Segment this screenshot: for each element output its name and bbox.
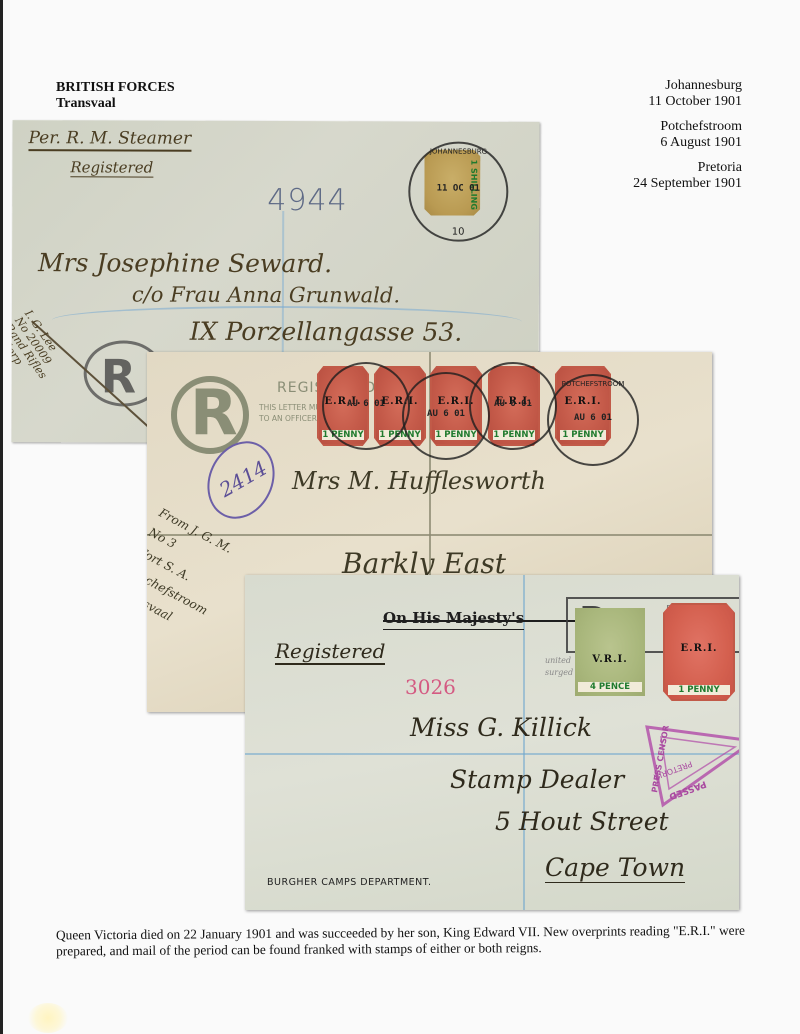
postmark-town: JOHANNESBURG [410, 147, 506, 155]
postmark-date: AU 6 01 [549, 413, 637, 423]
stamp-value: 4 PENCE [578, 682, 642, 692]
registration-number: 3026 [405, 675, 456, 699]
registration-number: 4944 [267, 183, 347, 218]
postmark-date: AU 6 01 [471, 399, 555, 409]
stamp-overprint: V.R.I. [575, 654, 645, 665]
envelope-fold-line [147, 534, 712, 536]
pencil-note: united surged [545, 655, 573, 679]
registered-endorsement: Registered [70, 158, 153, 177]
address-line: Mrs Josephine Seward. [38, 248, 332, 278]
place-name: Johannesburg [633, 78, 742, 94]
stamp-4-pence: V.R.I. 4 PENCE [575, 608, 645, 696]
page-title: BRITISH FORCES [56, 80, 175, 96]
strike-through-line [383, 620, 583, 622]
stamp-overprint: E.R.I. [665, 643, 733, 654]
address-line: IX Porzellangasse 53. [190, 317, 463, 347]
place-entry: Pretoria 24 September 1901 [633, 160, 742, 192]
page-edge [0, 0, 3, 1034]
address-line: Stamp Dealer [450, 765, 624, 794]
registration-number: 2414 [215, 456, 271, 502]
postmark-date: 11 OC 01 [410, 184, 506, 194]
paper-stain [28, 1003, 68, 1033]
stamp-value: 1 PENNY [668, 685, 730, 695]
postmark-number: 10 [410, 226, 506, 237]
place-date: 11 October 1901 [633, 94, 742, 110]
registered-endorsement: Registered [275, 639, 385, 665]
place-entry: Johannesburg 11 October 1901 [633, 78, 742, 110]
postmark-town: POTCHEFSTROOM [549, 380, 637, 388]
department-imprint: BURGHER CAMPS DEPARTMENT. [267, 877, 431, 888]
postmark-potchefstroom: POTCHEFSTROOMAU 6 01 [547, 374, 639, 466]
postmark-potchefstroom: AU 6 01 [322, 362, 410, 450]
censor-triangle-mark: PRETORIA PASSED PRESS CENSOR [645, 723, 739, 809]
page-subtitle: Transvaal [56, 96, 175, 112]
postmark-potchefstroom: AU 6 01 [469, 362, 557, 450]
page-heading: BRITISH FORCES Transvaal [56, 80, 175, 112]
reg-letter: R [101, 349, 137, 403]
postmark-date: AU 6 01 [324, 399, 408, 409]
place-date-list: Johannesburg 11 October 1901 Potchefstro… [633, 78, 742, 201]
place-date: 6 August 1901 [633, 135, 742, 151]
address-line: Cape Town [545, 853, 685, 883]
cover-pretoria: On His Majesty's Registered 3026 united … [245, 575, 739, 910]
sender-endorsement: From J. G. M. No 3 Fort S. A. Potchefstr… [147, 502, 243, 641]
address-line: c/o Frau Anna Grunwald. [132, 282, 400, 307]
route-endorsement: Per. R. M. Steamer [28, 128, 191, 152]
place-date: 24 September 1901 [633, 176, 742, 192]
place-name: Pretoria [633, 160, 742, 176]
reg-letter: R [190, 376, 238, 449]
address-line: Miss G. Killick [410, 713, 592, 742]
place-entry: Potchefstroom 6 August 1901 [633, 119, 742, 151]
page-caption: Queen Victoria died on 22 January 1901 a… [56, 923, 766, 960]
stamp-1-penny: E.R.I. 1 PENNY [663, 603, 735, 701]
address-line: 5 Hout Street [495, 807, 669, 836]
postmark-johannesburg: JOHANNESBURG 11 OC 01 10 [408, 141, 508, 241]
censor-text: PASSED [667, 778, 707, 801]
place-name: Potchefstroom [633, 119, 742, 135]
address-line: Mrs M. Hufflesworth [292, 467, 546, 495]
